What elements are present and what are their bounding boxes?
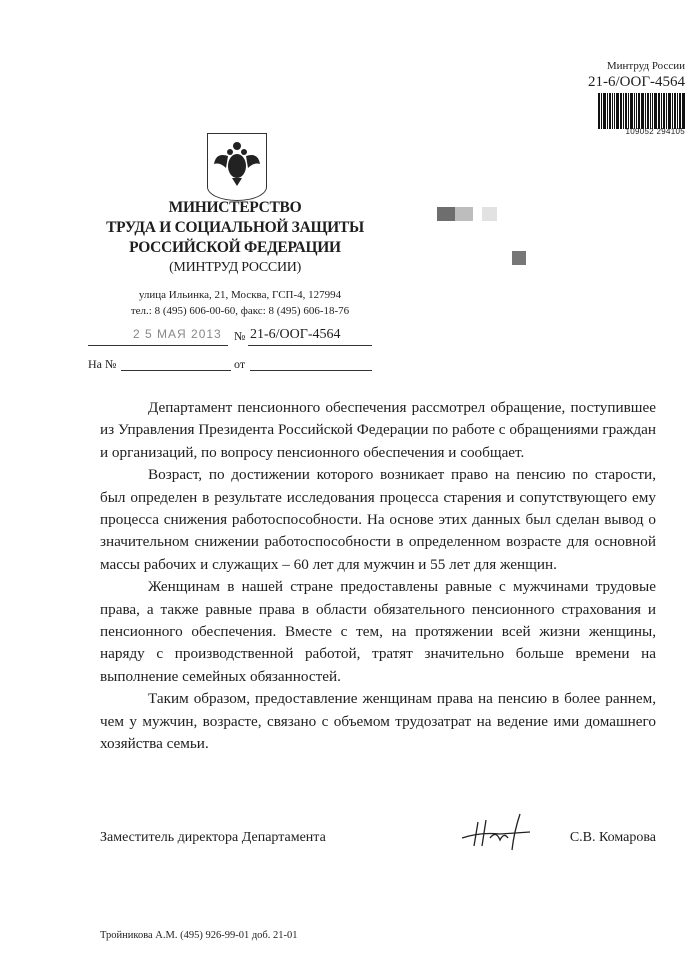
body-paragraph: Возраст, по достижении которого возникае… [100, 464, 656, 576]
coat-of-arms-icon [207, 133, 267, 201]
date-stamp: 2 5 МАЯ 2013 [133, 327, 222, 341]
ministry-short-name: (МИНТРУД РОССИИ) [100, 258, 370, 278]
contacts-line: тел.: 8 (495) 606-00-60, факс: 8 (495) 6… [110, 303, 370, 319]
reply-date-label: от [234, 357, 245, 372]
ministry-line: ТРУДА И СОЦИАЛЬНОЙ ЗАЩИТЫ [100, 218, 370, 238]
redacted-recipient-address [512, 251, 526, 265]
outgoing-date-number: 2 5 МАЯ 2013 № 21-6/ООГ-4564 [88, 327, 372, 347]
number-underline [248, 345, 372, 346]
executor-info: Тройникова А.М. (495) 926-99-01 доб. 21-… [100, 930, 298, 941]
ministry-name: МИНИСТЕРСТВО ТРУДА И СОЦИАЛЬНОЙ ЗАЩИТЫ Р… [100, 198, 370, 278]
registration-organization: Минтруд России [560, 60, 685, 73]
number-label: № [234, 329, 245, 344]
signer-name: С.В. Комарова [570, 830, 656, 846]
body-paragraph: Департамент пенсионного обеспечения расс… [100, 397, 656, 464]
barcode-icon [560, 93, 685, 129]
date-underline [88, 345, 228, 346]
signer-title: Заместитель директора Департамента [100, 830, 326, 846]
letter-body: Департамент пенсионного обеспечения расс… [100, 397, 656, 756]
reply-date-line [250, 370, 372, 371]
ministry-address: улица Ильинка, 21, Москва, ГСП-4, 127994… [110, 287, 370, 319]
ministry-line: РОССИЙСКОЙ ФЕДЕРАЦИИ [100, 238, 370, 258]
body-paragraph: Таким образом, предоставление женщинам п… [100, 688, 656, 755]
redacted-recipient-name [437, 207, 497, 221]
reply-number-label: На № [88, 357, 116, 372]
registration-number: 21-6/ООГ-4564 [560, 73, 685, 91]
handwritten-signature-icon [460, 812, 535, 852]
reply-number-line [121, 370, 231, 371]
reply-reference: На № от [88, 357, 372, 373]
outgoing-number: 21-6/ООГ-4564 [250, 327, 341, 343]
body-paragraph: Женщинам в нашей стране предоставлены ра… [100, 576, 656, 688]
ministry-line: МИНИСТЕРСТВО [100, 198, 370, 218]
registration-stamp: Минтруд России 21-6/ООГ-4564 109052 2941… [560, 60, 685, 136]
address-line: улица Ильинка, 21, Москва, ГСП-4, 127994 [110, 287, 370, 303]
